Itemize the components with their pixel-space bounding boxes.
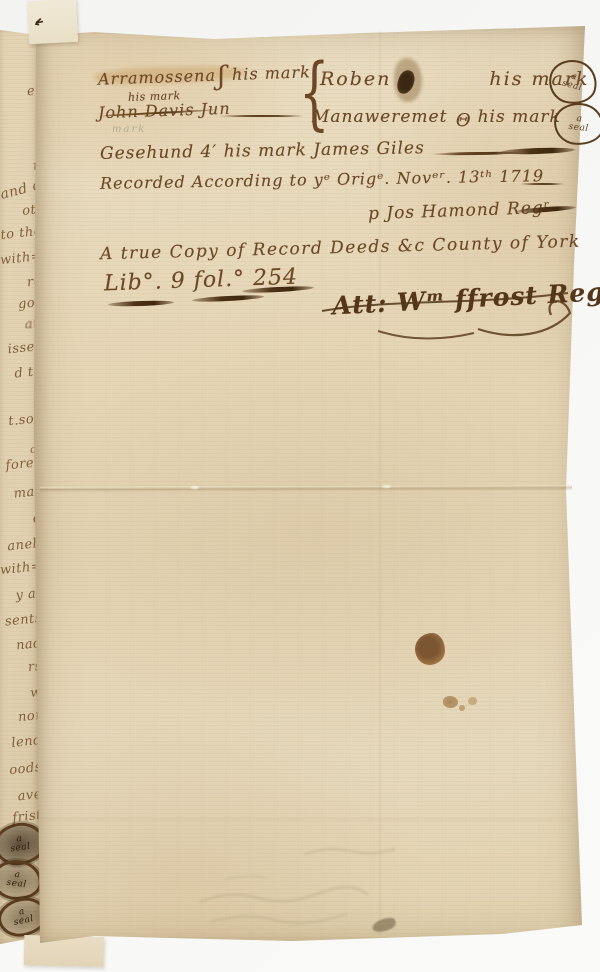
faint-pencil-note: mark	[112, 124, 146, 135]
signer-mark-glyph: ʃ	[217, 61, 226, 91]
seal-word: seal	[561, 80, 583, 94]
stain-dot	[443, 696, 458, 708]
left-page-text-fragment: ave	[0, 787, 43, 806]
stain-dot	[459, 705, 465, 711]
paper-repair-tab-top	[27, 0, 78, 44]
ink-mark-icon	[34, 14, 55, 27]
ink-stain	[415, 633, 445, 665]
stain-dot	[468, 697, 477, 705]
manuscript-photo: er t n and of, ott to the with= re gor a…	[0, 0, 600, 972]
seal-stamp: a seal	[0, 857, 44, 902]
ink-stroke	[520, 183, 564, 185]
seal-word: seal	[10, 843, 31, 855]
left-page-text-fragment: nad	[0, 636, 43, 655]
ink-stroke	[218, 115, 304, 117]
seal-word: seal	[568, 123, 589, 134]
left-page-text-fragment: lend	[0, 733, 43, 752]
his-mark-label: his mark	[478, 107, 561, 127]
seal-word: seal	[6, 879, 27, 890]
vertical-fold-crease	[378, 30, 382, 935]
signer-name: Roben	[320, 68, 391, 90]
signer-name: Manaweremet	[312, 107, 447, 127]
signer-mark-glyph: Θ	[456, 110, 472, 131]
horizontal-fold-crease-lower	[40, 818, 570, 822]
left-page-text-fragment: rs	[0, 659, 43, 678]
left-page-text-fragment: w	[0, 685, 43, 704]
signer-line-manaweremet: Manaweremet Θhis mark	[312, 107, 561, 127]
left-page-text-fragment: nor	[0, 708, 43, 727]
fold-crack	[190, 486, 199, 489]
seal-stamp: a seal	[0, 893, 44, 941]
bleedthrough-ghost-writing	[185, 840, 435, 940]
left-page-text-fragment: oods	[0, 760, 43, 779]
signature-flourish	[318, 275, 580, 347]
fold-crack	[382, 485, 391, 488]
seal-word: seal	[13, 915, 35, 928]
